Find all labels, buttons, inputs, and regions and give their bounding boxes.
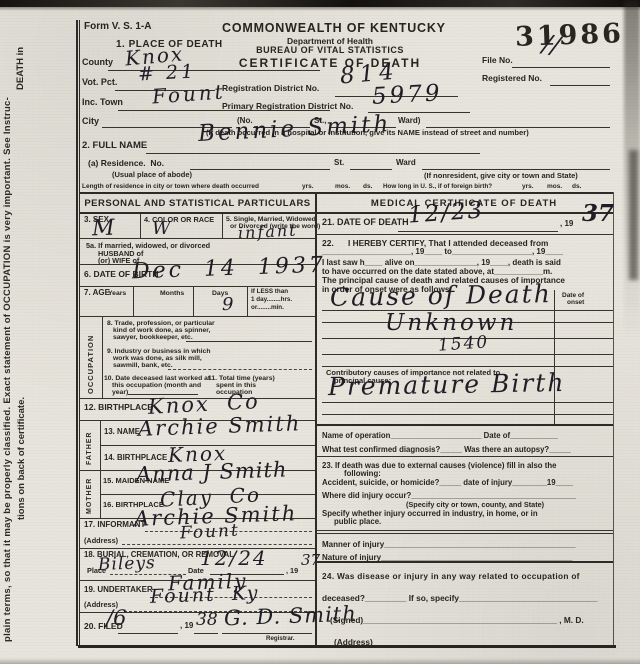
margin-instructions: plain terms, so that it may be properly … xyxy=(2,26,13,642)
injury-location-line: Where did injury occur?_________________… xyxy=(322,492,576,500)
rule xyxy=(315,530,613,531)
injury-location-note: (Specify city or town, county, and State… xyxy=(406,501,544,509)
age-years-label: Years xyxy=(108,290,126,297)
margin-instructions: DEATH in xyxy=(15,8,26,90)
full-name-value: Bennie Smith xyxy=(198,113,392,146)
father-group-label: FATHER xyxy=(86,427,93,465)
rule xyxy=(322,366,613,367)
rule xyxy=(315,456,613,457)
rule xyxy=(79,548,315,549)
rule xyxy=(315,234,613,235)
scan-artifact xyxy=(624,0,640,340)
death-year-value: 37 xyxy=(582,202,614,225)
file-no-value: // xyxy=(541,31,562,59)
occupation-related-question: deceased?_________ If so, specify_______… xyxy=(322,594,597,603)
filed-year-prefix: , 19 xyxy=(180,622,193,630)
primary-registration-district-value: 5979 xyxy=(371,82,443,109)
full-name-label: 2. FULL NAME xyxy=(82,141,147,151)
rule xyxy=(222,214,223,238)
rule xyxy=(79,238,315,239)
external-causes-label: following: xyxy=(344,470,381,478)
cause-of-death-entry: 1540 xyxy=(437,334,489,355)
sex-value: M xyxy=(92,218,115,241)
city-ward-label: Ward) xyxy=(398,117,420,125)
color-race-value: W xyxy=(152,220,171,238)
rule xyxy=(118,633,178,634)
nonresident-note: (If nonresident, give city or town and S… xyxy=(424,172,578,180)
rule xyxy=(146,153,480,154)
inc-town-value: Fount xyxy=(151,81,226,106)
rule xyxy=(322,414,613,415)
filed-year-value: 38 xyxy=(196,612,218,629)
age-less-than-label: or........min. xyxy=(251,305,284,312)
primary-registration-district-label: Primary Registration District No. xyxy=(222,102,353,111)
occupation-related-question: 24. Was disease or injury in any way rel… xyxy=(322,572,580,581)
rule xyxy=(168,369,312,370)
rule xyxy=(140,214,141,238)
cause-of-death-entry: Cause of Death xyxy=(330,281,552,310)
cause-of-death-entry: Unknown xyxy=(385,312,517,335)
father-name-label: 13. NAME xyxy=(104,428,140,436)
form-right-border xyxy=(613,192,614,645)
file-no-label: File No. xyxy=(482,56,513,65)
injury-place-label: public place. xyxy=(334,518,381,526)
rule xyxy=(79,212,613,214)
yrs-label: yrs. xyxy=(302,184,314,191)
rule xyxy=(322,402,613,403)
rule xyxy=(315,533,613,534)
rule xyxy=(79,286,315,287)
margin-instructions: tions on back of certificate. xyxy=(16,320,27,520)
birthplace-label: 12. BIRTHPLACE xyxy=(84,403,153,412)
rule xyxy=(550,85,610,86)
last-worked-label: year) xyxy=(112,389,128,396)
father-name-value: Archie Smith xyxy=(138,413,302,440)
rule xyxy=(194,633,218,634)
ds-label: ds. xyxy=(572,184,581,191)
undertaker-label: 19. UNDERTAKER xyxy=(84,586,153,594)
city-label: City xyxy=(82,117,99,126)
physician-signed-line: (Signed)________________________________… xyxy=(330,616,584,625)
registered-no-label: Registered No. xyxy=(482,74,542,83)
occupation-group-label: OCCUPATION xyxy=(86,320,95,394)
rule xyxy=(398,231,558,232)
rule xyxy=(222,633,312,634)
date-of-birth-value: Dec 14 1937 xyxy=(132,255,327,284)
age-months-label: Months xyxy=(160,290,184,297)
death-year-prefix: , 19 xyxy=(560,220,573,228)
industry-label: sawmill, bank, etc. xyxy=(113,362,173,369)
abode-note: (Usual place of abode) xyxy=(112,171,192,179)
rule xyxy=(512,67,610,68)
mos-label: mos. xyxy=(335,184,350,191)
yrs-label: yrs. xyxy=(522,184,534,191)
rule xyxy=(422,169,610,170)
scanned-death-certificate: plain terms, so that it may be properly … xyxy=(0,0,640,664)
bureau-subtitle: BUREAU OF VITAL STATISTICS xyxy=(222,46,438,55)
how-long-us-label: How long in U. S., if of foreign birth? xyxy=(383,184,492,191)
contributory-cause-entry: Premature Birth xyxy=(328,370,566,399)
length-of-residence-label: Length of residence in city or town wher… xyxy=(82,184,259,191)
rule xyxy=(350,169,392,170)
trade-label: sawyer, bookkeeper, etc. xyxy=(113,334,193,341)
rule xyxy=(79,316,315,317)
rule xyxy=(102,316,103,398)
personal-section-title: PERSONAL AND STATISTICAL PARTICULARS xyxy=(80,199,315,209)
rule xyxy=(186,341,312,342)
manner-of-injury-line: Manner of injury________________________… xyxy=(322,541,576,549)
age-less-than-label: 1 day........hrs. xyxy=(251,297,292,304)
scan-artifact xyxy=(0,7,640,11)
county-label: County xyxy=(82,58,113,67)
registration-district-label: Registration District No. xyxy=(222,84,319,93)
scan-artifact xyxy=(0,658,640,664)
rule xyxy=(133,286,134,316)
residence-st-label: St. xyxy=(334,159,344,167)
registrar-label: Registrar. xyxy=(266,636,295,643)
form-number: Form V. S. 1-A xyxy=(84,22,151,33)
rule xyxy=(315,561,613,563)
age-less-than-label: If LESS than xyxy=(251,289,288,296)
date-of-onset-label: onset xyxy=(567,300,584,307)
file-number-stamp: 31986 xyxy=(514,18,624,53)
age-label: 7. AGE xyxy=(84,289,110,297)
ds-label: ds. xyxy=(363,184,372,191)
date-of-death-label: 21. DATE OF DEATH xyxy=(322,218,409,227)
burial-date-value: 12/24 xyxy=(200,548,268,568)
age-days-value: 9 xyxy=(222,296,233,314)
rule xyxy=(315,424,613,426)
filed-date-value: /6 xyxy=(106,608,126,629)
residence-ward-label: Ward xyxy=(396,159,416,167)
informant-address-label: (Address) xyxy=(84,537,118,545)
rule xyxy=(190,169,330,170)
certificate-title: CERTIFICATE OF DEATH xyxy=(222,57,438,70)
burial-year-prefix: , 19 xyxy=(286,567,298,575)
informant-address-value: Fount xyxy=(180,522,241,542)
date-of-death-value: 12/23 xyxy=(407,199,485,227)
mother-maiden-name-value: Anna J Smith xyxy=(136,459,288,485)
certify-statement: ____________________, 19____ to_________… xyxy=(322,248,563,256)
rule xyxy=(100,420,101,518)
rule xyxy=(122,544,312,545)
mos-label: mos. xyxy=(547,184,562,191)
undertaker-address-value: Fount Ky xyxy=(150,584,260,607)
accident-line: Accident, suicide, or homicide?_____ dat… xyxy=(322,479,573,487)
inc-town-label: Inc. Town xyxy=(82,98,123,107)
autopsy-line: What test confirmed diagnosis?_____ Was … xyxy=(322,446,571,454)
scan-artifact xyxy=(0,0,640,7)
rule xyxy=(193,286,194,316)
residence-label: (a) Residence. No. xyxy=(88,159,164,168)
rule xyxy=(322,354,613,355)
rule xyxy=(79,192,613,194)
physician-address-line: (Address)_______________________________… xyxy=(334,638,520,647)
rule xyxy=(247,286,248,316)
voting-precinct-label: Vot. Pct. xyxy=(82,78,117,87)
commonwealth-title: COMMONWEALTH OF KENTUCKY xyxy=(222,22,438,35)
operation-line: Name of operation_____________________ D… xyxy=(322,432,558,440)
mother-group-label: MOTHER xyxy=(86,476,93,514)
form-left-border xyxy=(76,20,80,646)
scan-artifact xyxy=(629,150,638,280)
burial-place-value: Bileys xyxy=(98,555,156,574)
